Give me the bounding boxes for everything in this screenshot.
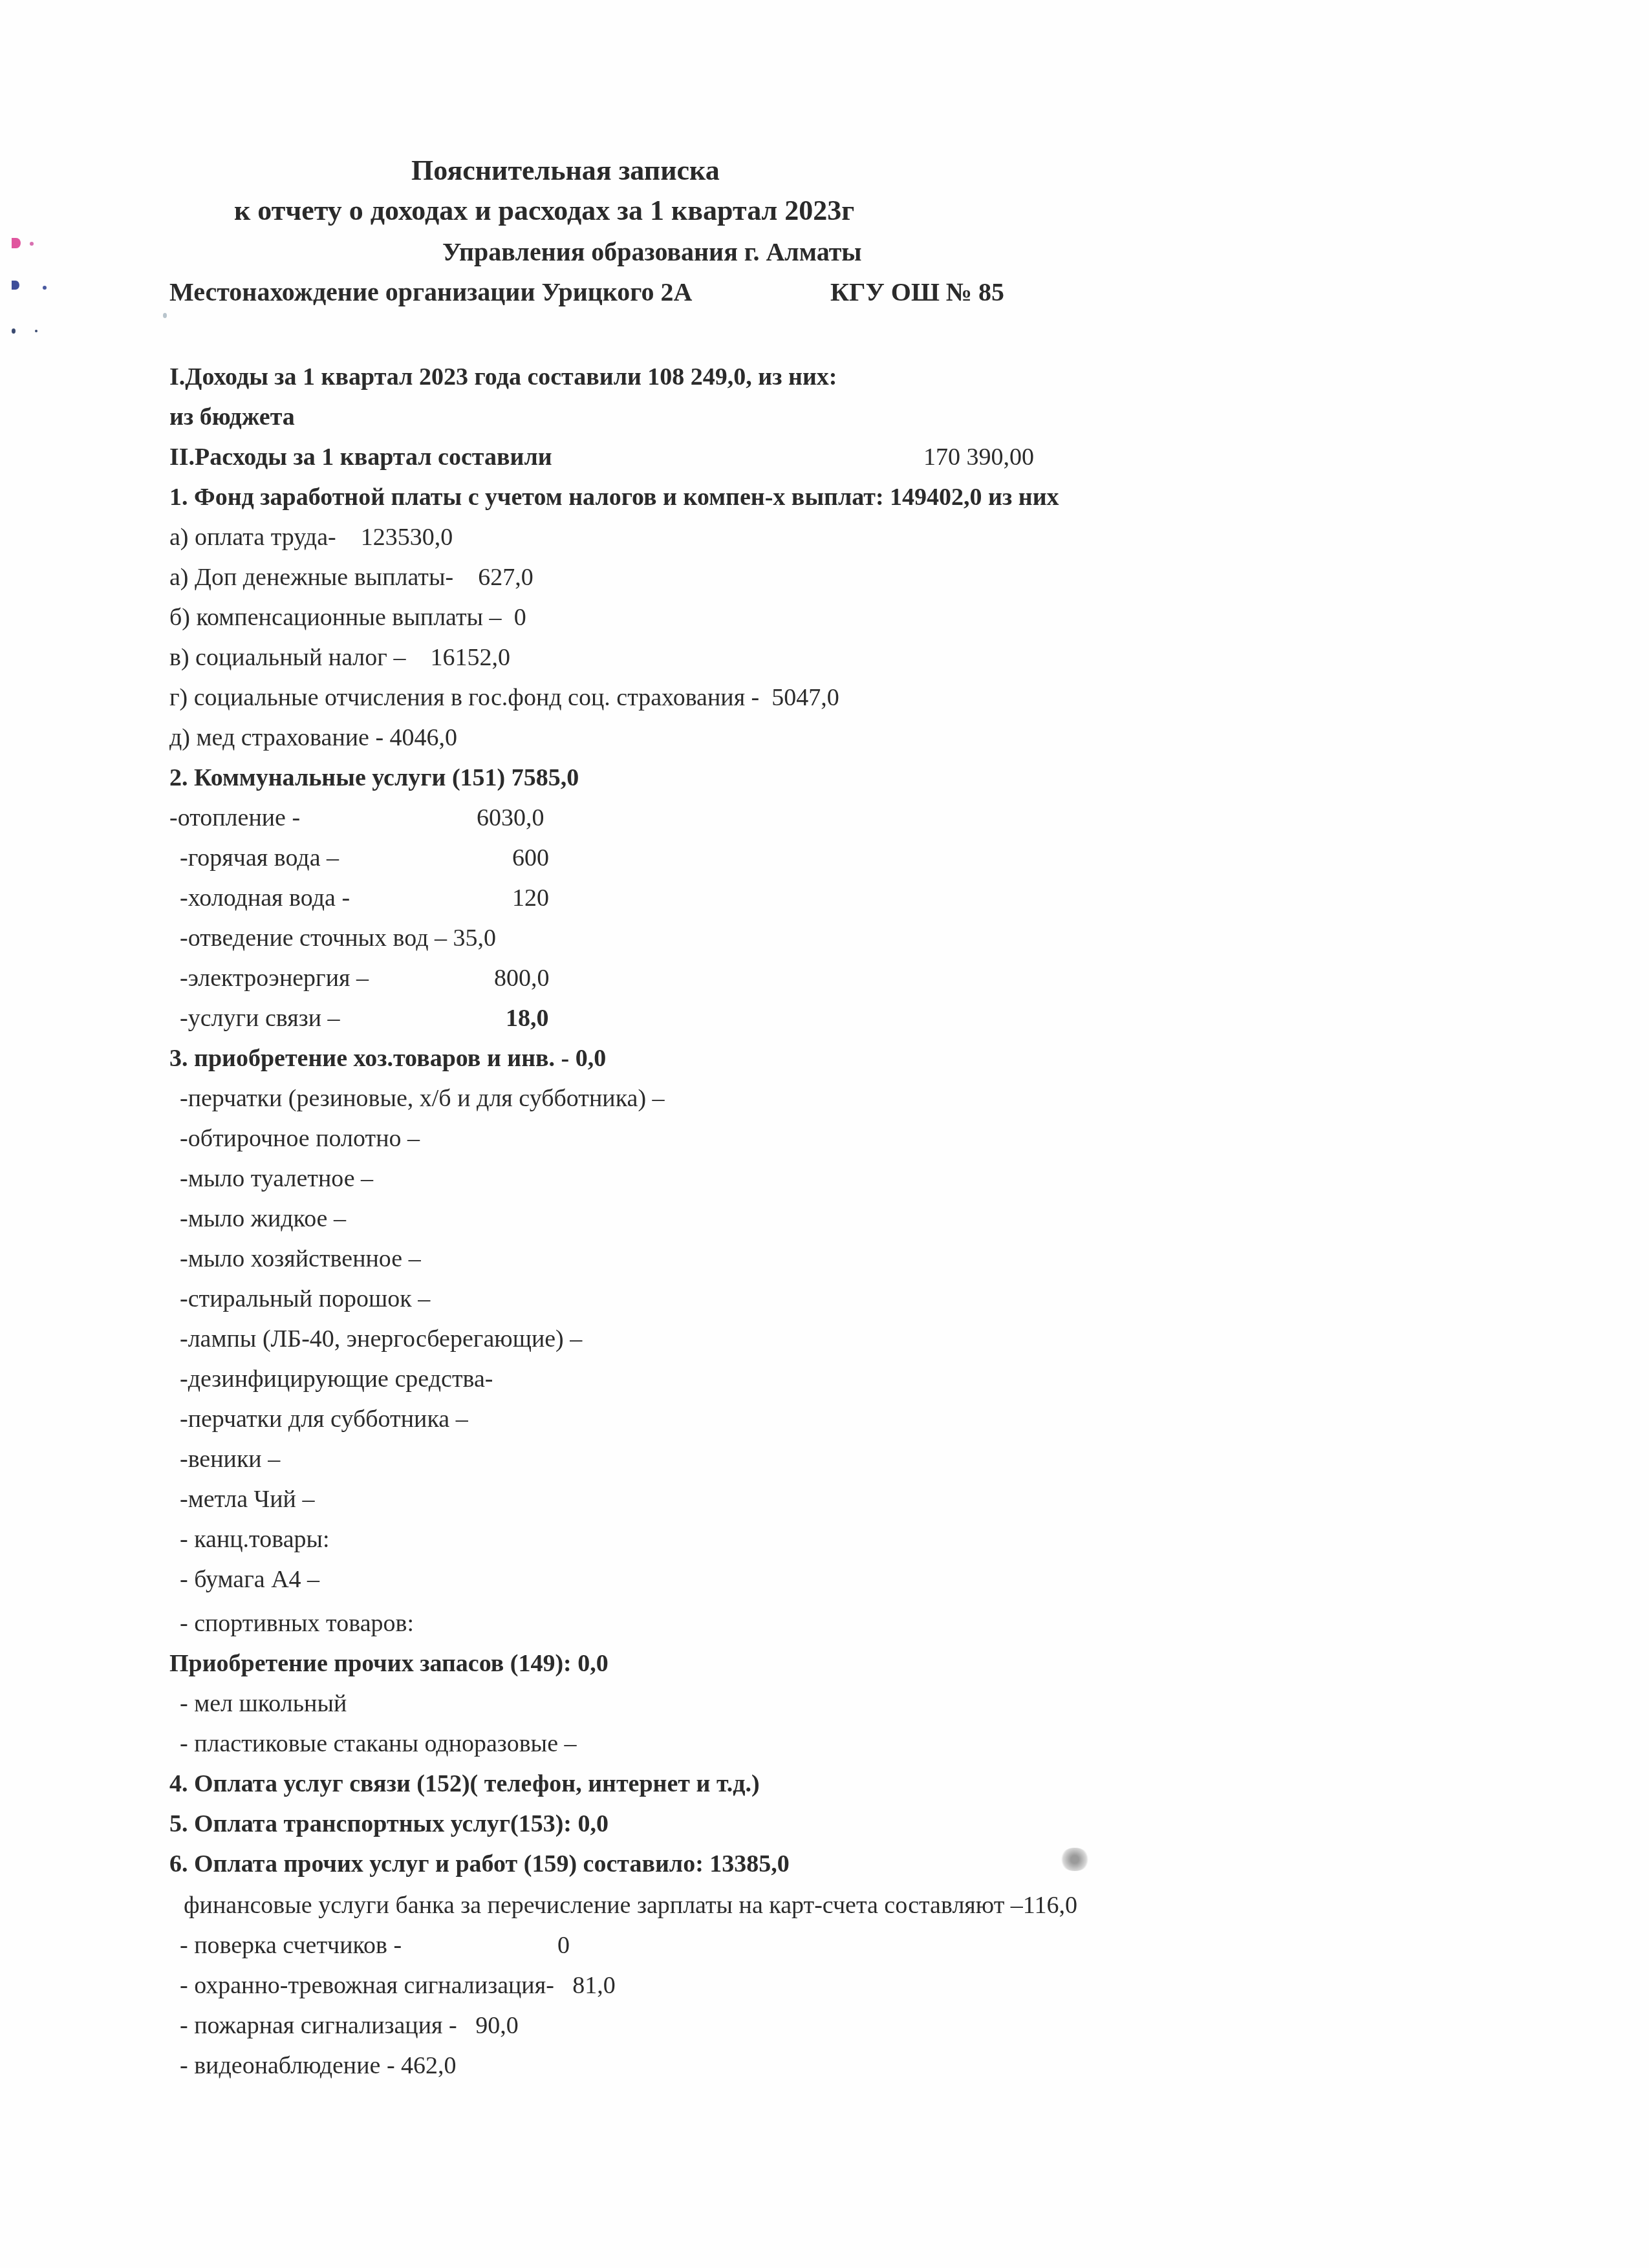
item-value: 81,0 xyxy=(572,1972,616,1999)
scan-artifact xyxy=(35,330,38,332)
scan-smudge xyxy=(1059,1848,1090,1871)
section-4-heading: 4. Оплата услуг связи (152)( телефон, ин… xyxy=(169,1769,760,1799)
expenses-total: 170 390,00 xyxy=(923,442,1034,472)
scan-artifact xyxy=(43,286,47,290)
item-value: 462,0 xyxy=(401,2052,457,2079)
scan-artifact xyxy=(30,242,34,246)
list-item: -стиральный порошок – xyxy=(180,1284,430,1314)
list-item: -обтирочное полотно – xyxy=(180,1124,420,1153)
item-value: 123530,0 xyxy=(361,524,453,551)
list-item: -отопление - 6030,0 xyxy=(169,803,300,833)
list-item: -мыло туалетное – xyxy=(180,1164,373,1193)
scan-artifact xyxy=(12,328,16,334)
item-value: 800,0 xyxy=(494,963,550,993)
list-item: -мыло хозяйственное – xyxy=(180,1244,421,1274)
location-row: Местонахождение организации Урицкого 2А … xyxy=(169,277,692,307)
item-value: 35,0 xyxy=(453,925,496,952)
list-item: - видеонаблюдение - 462,0 xyxy=(180,2051,457,2081)
section-6-heading: 6. Оплата прочих услуг и работ (159) сос… xyxy=(169,1849,790,1879)
list-item: -электроэнергия – 800,0 xyxy=(180,963,369,993)
list-item: -дезинфицирующие средства- xyxy=(180,1364,493,1394)
income-source: из бюджета xyxy=(169,402,295,432)
item-value: 6030,0 xyxy=(477,803,544,833)
income-line: I.Доходы за 1 квартал 2023 года составил… xyxy=(169,362,837,392)
list-item: - мел школьный xyxy=(180,1689,347,1718)
item-value: 627,0 xyxy=(478,564,533,591)
list-item: -отведение сточных вод – 35,0 xyxy=(180,923,496,953)
list-item: - канц.товары: xyxy=(180,1524,330,1554)
item-value: 0 xyxy=(514,604,526,631)
section-5-heading: 5. Оплата транспортных услуг(153): 0,0 xyxy=(169,1809,609,1839)
location-label: Местонахождение организации Урицкого 2А xyxy=(169,277,692,306)
item-value: 18,0 xyxy=(506,1003,549,1033)
item-value: 120 xyxy=(512,883,549,913)
scan-artifact xyxy=(12,281,19,290)
list-item: а) Доп денежные выплаты- 627,0 xyxy=(169,562,533,592)
list-item: - пластиковые стаканы одноразовые – xyxy=(180,1729,577,1759)
list-item: - бумага А4 – xyxy=(180,1565,319,1594)
department-name: Управления образования г. Алматы xyxy=(442,237,862,267)
document-subtitle: к отчету о доходах и расходах за 1 кварт… xyxy=(234,194,854,227)
list-item: -перчатки для субботника – xyxy=(180,1404,468,1434)
scan-artifact xyxy=(12,238,21,248)
section-3-heading: 3. приобретение хоз.товаров и инв. - 0,0 xyxy=(169,1043,606,1073)
list-item: г) социальные отчисления в гос.фонд соц.… xyxy=(169,683,839,712)
list-item: -перчатки (резиновые, х/б и для субботни… xyxy=(180,1084,665,1113)
section-2-heading: 2. Коммунальные услуги (151) 7585,0 xyxy=(169,763,579,793)
list-item: в) социальный налог – 16152,0 xyxy=(169,643,510,672)
item-value: 5047,0 xyxy=(771,684,839,711)
list-item: б) компенсационные выплаты – 0 xyxy=(169,603,526,632)
list-item: финансовые услуги банка за перечисление … xyxy=(184,1890,1077,1920)
list-item: а) оплата труда- 123530,0 xyxy=(169,522,453,552)
item-value: 0 xyxy=(557,1931,570,1960)
list-item: -услуги связи – 18,0 xyxy=(180,1003,340,1033)
list-item: - пожарная сигнализация - 90,0 xyxy=(180,2011,519,2040)
item-value: 600 xyxy=(512,843,549,873)
document-page: Пояснительная записка к отчету о доходах… xyxy=(0,0,1649,2268)
list-item: -веники – xyxy=(180,1444,280,1474)
scan-artifact xyxy=(163,313,167,318)
section-1-heading: 1. Фонд заработной платы с учетом налого… xyxy=(169,482,1059,512)
list-item: -лампы (ЛБ-40, энергосберегающие) – xyxy=(180,1324,582,1354)
organization-name: КГУ ОШ № 85 xyxy=(830,277,1004,307)
expenses-label: II.Расходы за 1 квартал составили xyxy=(169,442,552,472)
document-title: Пояснительная записка xyxy=(411,154,720,187)
list-item: - охранно-тревожная сигнализация- 81,0 xyxy=(180,1971,616,2000)
list-item: -метла Чий – xyxy=(180,1484,314,1514)
list-item: д) мед страхование - 4046,0 xyxy=(169,723,457,753)
item-value: 90,0 xyxy=(475,2012,519,2039)
list-item: -холодная вода - 120 xyxy=(180,883,350,913)
list-item: - спортивных товаров: xyxy=(180,1609,414,1638)
item-value: 16152,0 xyxy=(430,644,510,671)
list-item: -мыло жидкое – xyxy=(180,1204,346,1234)
list-item: -горячая вода – 600 xyxy=(180,843,339,873)
other-inventory-heading: Приобретение прочих запасов (149): 0,0 xyxy=(169,1649,609,1678)
item-value: 4046,0 xyxy=(390,724,458,751)
list-item: - поверка счетчиков - 0 xyxy=(180,1931,402,1960)
